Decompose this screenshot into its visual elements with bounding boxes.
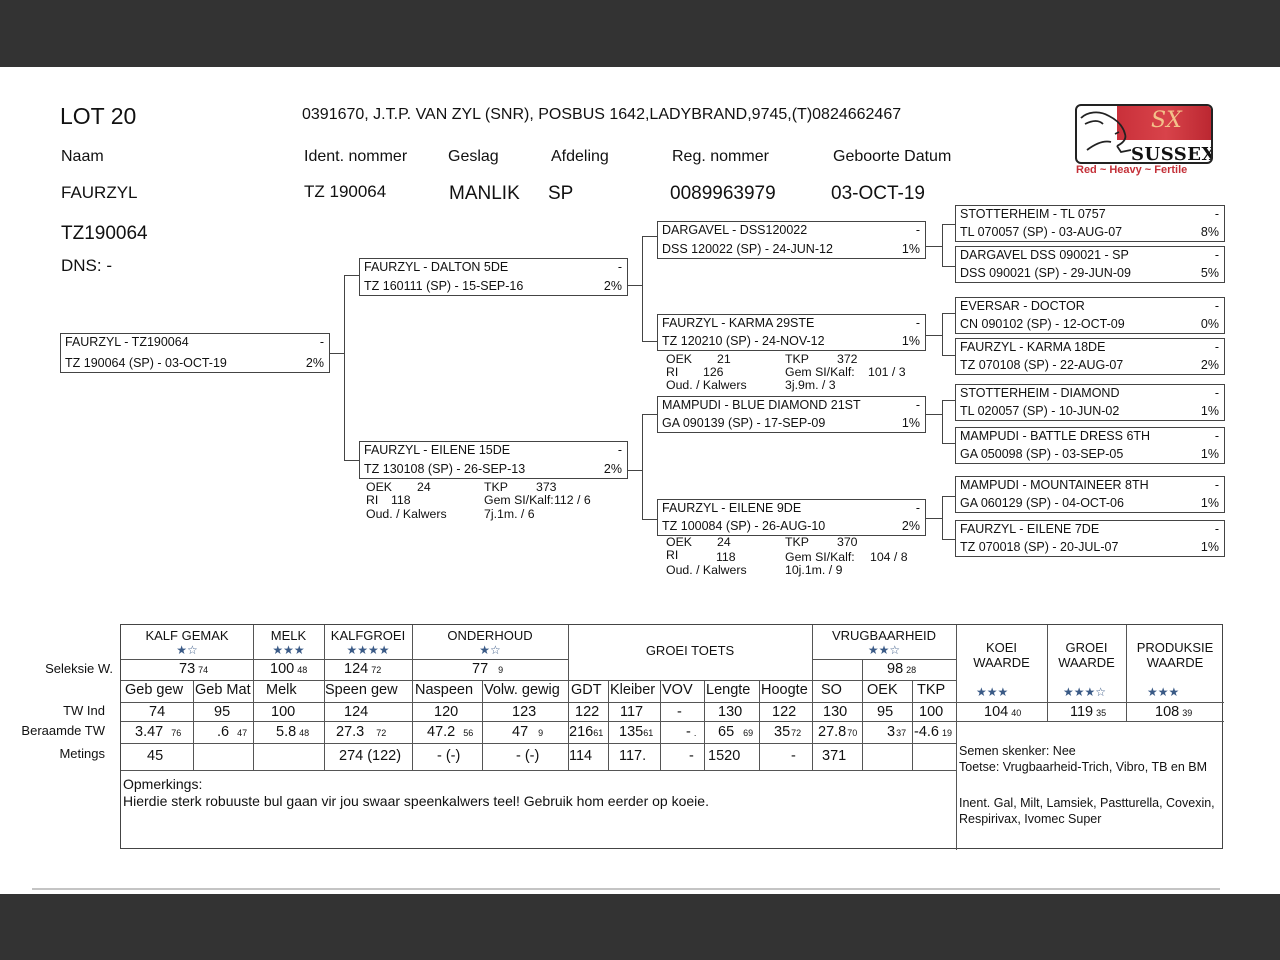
animal-detail: TZ 070018 (SP) - 20-JUL-07 — [960, 540, 1118, 554]
col-head: Geb Mat — [195, 682, 251, 698]
group-kalf-gemak: KALF GEMAK ★☆ — [121, 628, 253, 657]
connector — [942, 443, 956, 444]
row-label-metings: Metings — [0, 746, 105, 761]
metings-cell: 371 — [822, 748, 846, 764]
beraamde-cell: 21661 — [569, 724, 603, 740]
sel-onderhoud: 779 — [472, 661, 503, 677]
group-koei-waarde: KOEI WAARDE — [956, 640, 1047, 670]
connector — [942, 355, 956, 356]
animal-detail: GA 050098 (SP) - 03-SEP-05 — [960, 447, 1123, 461]
rule — [862, 659, 863, 770]
connector — [942, 496, 943, 540]
rating-stars-icon: ★★★ — [1147, 685, 1179, 699]
tw-ind-cell: 124 — [344, 704, 368, 720]
rating-stars-icon: ★★★★ — [324, 643, 412, 657]
beraamde-cell: 6569 — [718, 724, 753, 740]
col-head: OEK — [867, 682, 898, 698]
value-name: FAURZYL — [61, 183, 138, 203]
tw-ind-cell: 74 — [149, 704, 165, 720]
tw-ind-cell: 117 — [620, 704, 643, 720]
tests-info: Toetse: Vrugbaarheid-Trich, Vibro, TB en… — [959, 759, 1219, 775]
pedigree-dss[interactable]: STOTTERHEIM - DIAMOND - TL 020057 (SP) -… — [955, 384, 1225, 421]
inbreeding-pct: 1% — [1201, 540, 1219, 554]
flag: - — [1215, 478, 1219, 492]
col-head: Speen gew — [325, 682, 398, 698]
group-groei-toets: GROEI TOETS — [568, 643, 812, 658]
sire-dam-stats: OEK 21 TKP 372 RI 126 Gem SI/Kalf: 101 /… — [666, 352, 926, 396]
value-ident: TZ 190064 — [304, 182, 386, 202]
connector — [925, 335, 943, 336]
metings-cell: - (-) — [516, 748, 539, 764]
col-head: Hoogte — [761, 682, 808, 698]
col-head: TKP — [917, 682, 945, 698]
connector — [642, 236, 658, 237]
vaccination-info: Inent. Gal, Milt, Lamsiek, Pastturella, … — [959, 795, 1219, 827]
metings-cell: 114 — [569, 748, 592, 764]
flag: - — [1215, 386, 1219, 400]
pedigree-sire-dam[interactable]: FAURZYL - KARMA 29STE - TZ 120210 (SP) -… — [657, 314, 926, 351]
connector — [925, 518, 943, 519]
animal-detail: GA 060129 (SP) - 04-OCT-06 — [960, 496, 1124, 510]
tw-ind-cell: 130 — [718, 704, 742, 720]
connector — [344, 275, 345, 461]
flag: - — [1215, 340, 1219, 354]
connector — [642, 236, 643, 342]
beraamde-cell: 337 — [887, 724, 906, 740]
col-head: GDT — [571, 682, 602, 698]
tw-ind-cell: 122 — [575, 704, 599, 720]
value-section: SP — [548, 183, 573, 205]
inbreeding-pct: 8% — [1201, 225, 1219, 239]
top-bar — [0, 0, 1280, 67]
bottom-bar — [0, 894, 1280, 960]
metings-cell: - — [689, 748, 694, 764]
logo-mark: SX — [1151, 108, 1182, 133]
group-vrugbaarheid: VRUGBAARHEID ★★☆ — [812, 628, 956, 657]
animal-detail: TZ 120210 (SP) - 24-NOV-12 — [662, 334, 825, 348]
col-head: Naspeen — [415, 682, 473, 698]
row-label-selection: Seleksie W. — [8, 661, 113, 676]
inbreeding-pct: 1% — [1201, 496, 1219, 510]
sel-kalf-gemak: 7374 — [179, 661, 208, 677]
beraamde-cell: 47.256 — [427, 724, 473, 740]
connector — [942, 313, 943, 356]
tw-ind-cell: 95 — [214, 704, 230, 720]
remarks-label: Opmerkings: — [123, 776, 202, 792]
logo-brand: SUSSEX — [1131, 144, 1213, 164]
animal-detail: CN 090102 (SP) - 12-OCT-09 — [960, 317, 1125, 331]
animal-detail: TL 070057 (SP) - 03-AUG-07 — [960, 225, 1122, 239]
animal-detail: TZ 160111 (SP) - 15-SEP-16 — [364, 279, 523, 293]
flag: - — [916, 501, 920, 515]
connector — [344, 460, 360, 461]
connector — [942, 539, 956, 540]
flag: - — [1215, 299, 1219, 313]
col-head: Lengte — [706, 682, 750, 698]
connector — [642, 414, 643, 520]
flag: - — [618, 260, 622, 274]
koei-waarde-value: 10440 — [984, 704, 1021, 720]
pedigree-sss[interactable]: STOTTERHEIM - TL 0757 - TL 070057 (SP) -… — [955, 205, 1225, 242]
inbreeding-pct: 2% — [604, 462, 622, 476]
flag: - — [1215, 248, 1219, 262]
inbreeding-pct: 2% — [306, 356, 324, 370]
owner-info: 0391670, J.T.P. VAN ZYL (SNR), POSBUS 16… — [302, 106, 901, 124]
pedigree-dam-sire[interactable]: MAMPUDI - BLUE DIAMOND 21ST - GA 090139 … — [657, 396, 926, 433]
pedigree-dsd[interactable]: MAMPUDI - BATTLE DRESS 6TH - GA 050098 (… — [955, 427, 1225, 464]
connector — [942, 266, 956, 267]
row-label-beraamde: Beraamde TW — [0, 723, 105, 738]
inbreeding-pct: 1% — [1201, 447, 1219, 461]
rule — [121, 721, 1224, 722]
logo-tagline: Red ~ Heavy ~ Fertile — [1076, 164, 1187, 176]
semen-donor: Semen skenker: Nee — [959, 743, 1219, 759]
dam-stats: OEK 24 TKP 373 RI 118 Gem SI/Kalf: 112 /… — [366, 480, 626, 524]
sel-kalfgroei: 12472 — [344, 661, 381, 677]
animal-name: MAMPUDI - BATTLE DRESS 6TH — [960, 429, 1150, 443]
beraamde-cell: 27.372 — [336, 724, 386, 740]
inbreeding-pct: 1% — [902, 334, 920, 348]
flag: - — [1215, 207, 1219, 221]
beraamde-cell: 3.4776 — [135, 724, 181, 740]
metings-cell: 45 — [147, 748, 163, 764]
col-head: SO — [821, 682, 842, 698]
animal-name: FAURZYL - EILENE 15DE — [364, 443, 510, 457]
bottom-rule — [32, 888, 1220, 890]
pedigree-dds[interactable]: MAMPUDI - MOUNTAINEER 8TH - GA 060129 (S… — [955, 476, 1225, 513]
value-sex: MANLIK — [449, 183, 520, 205]
beraamde-cell: 479 — [512, 724, 543, 740]
tw-ind-cell: 123 — [512, 704, 536, 720]
rating-stars-icon: ★☆ — [412, 643, 568, 657]
pedigree-subject[interactable]: FAURZYL - TZ190064 - TZ 190064 (SP) - 03… — [60, 333, 330, 373]
tw-ind-cell: 122 — [772, 704, 796, 720]
rule — [812, 659, 956, 660]
connector — [942, 313, 956, 314]
animal-detail: TZ 070108 (SP) - 22-AUG-07 — [960, 358, 1123, 372]
metings-cell: 274 (122) — [339, 748, 401, 764]
connector — [627, 285, 643, 286]
flag: - — [1215, 522, 1219, 536]
animal-name: FAURZYL - KARMA 29STE — [662, 316, 814, 330]
animal-id: TZ190064 — [61, 223, 148, 245]
remarks-text: Hierdie sterk robuuste bul gaan vir jou … — [123, 793, 709, 809]
animal-detail: TZ 100084 (SP) - 26-AUG-10 — [662, 519, 825, 533]
beraamde-cell: 27.870 — [818, 724, 857, 740]
connector — [925, 246, 943, 247]
inbreeding-pct: 2% — [1201, 358, 1219, 372]
label-section: Afdeling — [551, 148, 609, 166]
flag: - — [320, 335, 324, 349]
tw-ind-cell: 95 — [877, 704, 893, 720]
pedigree-dam-dam[interactable]: FAURZYL - EILENE 9DE - TZ 100084 (SP) - … — [657, 499, 926, 536]
connector — [627, 470, 643, 471]
inbreeding-pct: 1% — [1201, 404, 1219, 418]
label-dob: Geboorte Datum — [833, 148, 951, 166]
connector — [942, 224, 956, 225]
animal-detail: DSS 090021 (SP) - 29-JUN-09 — [960, 266, 1131, 280]
animal-detail: GA 090139 (SP) - 17-SEP-09 — [662, 416, 825, 430]
animal-name: MAMPUDI - MOUNTAINEER 8TH — [960, 478, 1149, 492]
animal-detail: TL 020057 (SP) - 10-JUN-02 — [960, 404, 1119, 418]
inbreeding-pct: 5% — [1201, 266, 1219, 280]
flag: - — [916, 316, 920, 330]
connector — [942, 400, 943, 444]
metings-cell: - — [791, 748, 796, 764]
beraamde-cell: .647 — [217, 724, 247, 740]
beraamde-cell: -4.619 — [914, 724, 952, 740]
connector — [942, 496, 956, 497]
sel-melk: 10048 — [270, 661, 307, 677]
tw-ind-cell: 120 — [434, 704, 458, 720]
rating-stars-icon: ★★★☆ — [1063, 685, 1106, 699]
produksie-waarde-value: 10839 — [1155, 704, 1192, 720]
flag: - — [916, 223, 920, 237]
label-name: Naam — [61, 148, 104, 166]
group-melk: MELK ★★★ — [253, 628, 324, 657]
group-kalfgroei: KALFGROEI ★★★★ — [324, 628, 412, 657]
metings-cell: 117. — [619, 748, 646, 764]
group-produksie-waarde: PRODUKSIE WAARDE — [1126, 640, 1224, 670]
animal-name: FAURZYL - EILENE 9DE — [662, 501, 801, 515]
pedigree-dam[interactable]: FAURZYL - EILENE 15DE - TZ 130108 (SP) -… — [359, 441, 628, 479]
animal-name: FAURZYL - TZ190064 — [65, 335, 189, 349]
metings-cell: - (-) — [437, 748, 460, 764]
col-head: Volw. gewig — [484, 682, 560, 698]
pedigree-sire-sire[interactable]: DARGAVEL - DSS120022 - DSS 120022 (SP) -… — [657, 221, 926, 259]
animal-detail: DSS 120022 (SP) - 24-JUN-12 — [662, 242, 833, 256]
tw-ind-cell: 100 — [271, 704, 295, 720]
label-reg: Reg. nommer — [672, 148, 769, 166]
animal-name: FAURZYL - DALTON 5DE — [364, 260, 508, 274]
metings-cell: 1520 — [708, 748, 740, 764]
connector — [642, 414, 658, 415]
value-reg: 0089963979 — [670, 183, 776, 205]
flag: - — [1215, 429, 1219, 443]
lot-number: LOT 20 — [60, 103, 136, 130]
rule — [121, 770, 956, 771]
animal-name: DARGAVEL - DSS120022 — [662, 223, 807, 237]
animal-name: EVERSAR - DOCTOR — [960, 299, 1085, 313]
tw-ind-cell: 130 — [823, 704, 847, 720]
tw-ind-cell: 100 — [919, 704, 943, 720]
inbreeding-pct: 1% — [902, 416, 920, 430]
rating-stars-icon: ★★☆ — [812, 643, 956, 657]
flag: - — [618, 443, 622, 457]
sel-vrugbaarheid: 9828 — [887, 661, 916, 677]
inbreeding-pct: 2% — [604, 279, 622, 293]
pedigree-ssd[interactable]: DARGAVEL DSS 090021 - SP - DSS 090021 (S… — [955, 246, 1225, 283]
pedigree-sds[interactable]: EVERSAR - DOCTOR - CN 090102 (SP) - 12-O… — [955, 297, 1225, 334]
group-groei-waarde: GROEI WAARDE — [1047, 640, 1126, 670]
rating-stars-icon: ★★★ — [253, 643, 324, 657]
sussex-logo: SX SUSSEX — [1075, 104, 1213, 164]
pedigree-sire[interactable]: FAURZYL - DALTON 5DE - TZ 160111 (SP) - … — [359, 258, 628, 296]
col-head: Geb gew — [125, 682, 183, 698]
col-head: Kleiber — [610, 682, 655, 698]
beraamde-cell: 3572 — [774, 724, 801, 740]
animal-detail: TZ 130108 (SP) - 26-SEP-13 — [364, 462, 525, 476]
connector — [642, 341, 658, 342]
animal-name: MAMPUDI - BLUE DIAMOND 21ST — [662, 398, 861, 412]
beraamde-cell: -. — [686, 724, 696, 740]
groei-waarde-value: 11935 — [1070, 704, 1106, 720]
beraamde-cell: 5.848 — [276, 724, 309, 740]
label-ident: Ident. nommer — [304, 148, 407, 166]
animal-name: FAURZYL - EILENE 7DE — [960, 522, 1099, 536]
flag: - — [916, 398, 920, 412]
inbreeding-pct: 1% — [902, 242, 920, 256]
pedigree-ddd[interactable]: FAURZYL - EILENE 7DE - TZ 070018 (SP) - … — [955, 520, 1225, 557]
connector — [925, 414, 943, 415]
rating-stars-icon: ★☆ — [121, 643, 253, 657]
performance-table: KALF GEMAK ★☆ MELK ★★★ KALFGROEI ★★★★ ON… — [120, 624, 1223, 849]
col-head: VOV — [662, 682, 693, 698]
col-head: Melk — [266, 682, 297, 698]
connector — [942, 224, 943, 267]
pedigree-sdd[interactable]: FAURZYL - KARMA 18DE - TZ 070108 (SP) - … — [955, 338, 1225, 375]
beraamde-cell: 13561 — [619, 724, 653, 740]
connector — [642, 519, 658, 520]
connector — [329, 353, 345, 354]
tw-ind-cell: - — [677, 704, 682, 720]
group-onderhoud: ONDERHOUD ★☆ — [412, 628, 568, 657]
connector — [942, 400, 956, 401]
animal-name: STOTTERHEIM - DIAMOND — [960, 386, 1120, 400]
value-dob: 03-OCT-19 — [831, 183, 925, 205]
label-sex: Geslag — [448, 148, 499, 166]
animal-detail: TZ 190064 (SP) - 03-OCT-19 — [65, 356, 227, 370]
animal-name: FAURZYL - KARMA 18DE — [960, 340, 1105, 354]
animal-name: STOTTERHEIM - TL 0757 — [960, 207, 1106, 221]
rule — [121, 743, 956, 744]
animal-name: DARGAVEL DSS 090021 - SP — [960, 248, 1129, 262]
inbreeding-pct: 0% — [1201, 317, 1219, 331]
connector — [344, 275, 360, 276]
inbreeding-pct: 2% — [902, 519, 920, 533]
row-label-tw-ind: TW Ind — [0, 703, 105, 718]
rating-stars-icon: ★★★ — [976, 685, 1008, 699]
dam-dam-stats: OEK 24 TKP 370 RI 118 Gem SI/Kalf: 104 /… — [666, 535, 926, 579]
dns: DNS: - — [61, 256, 112, 276]
